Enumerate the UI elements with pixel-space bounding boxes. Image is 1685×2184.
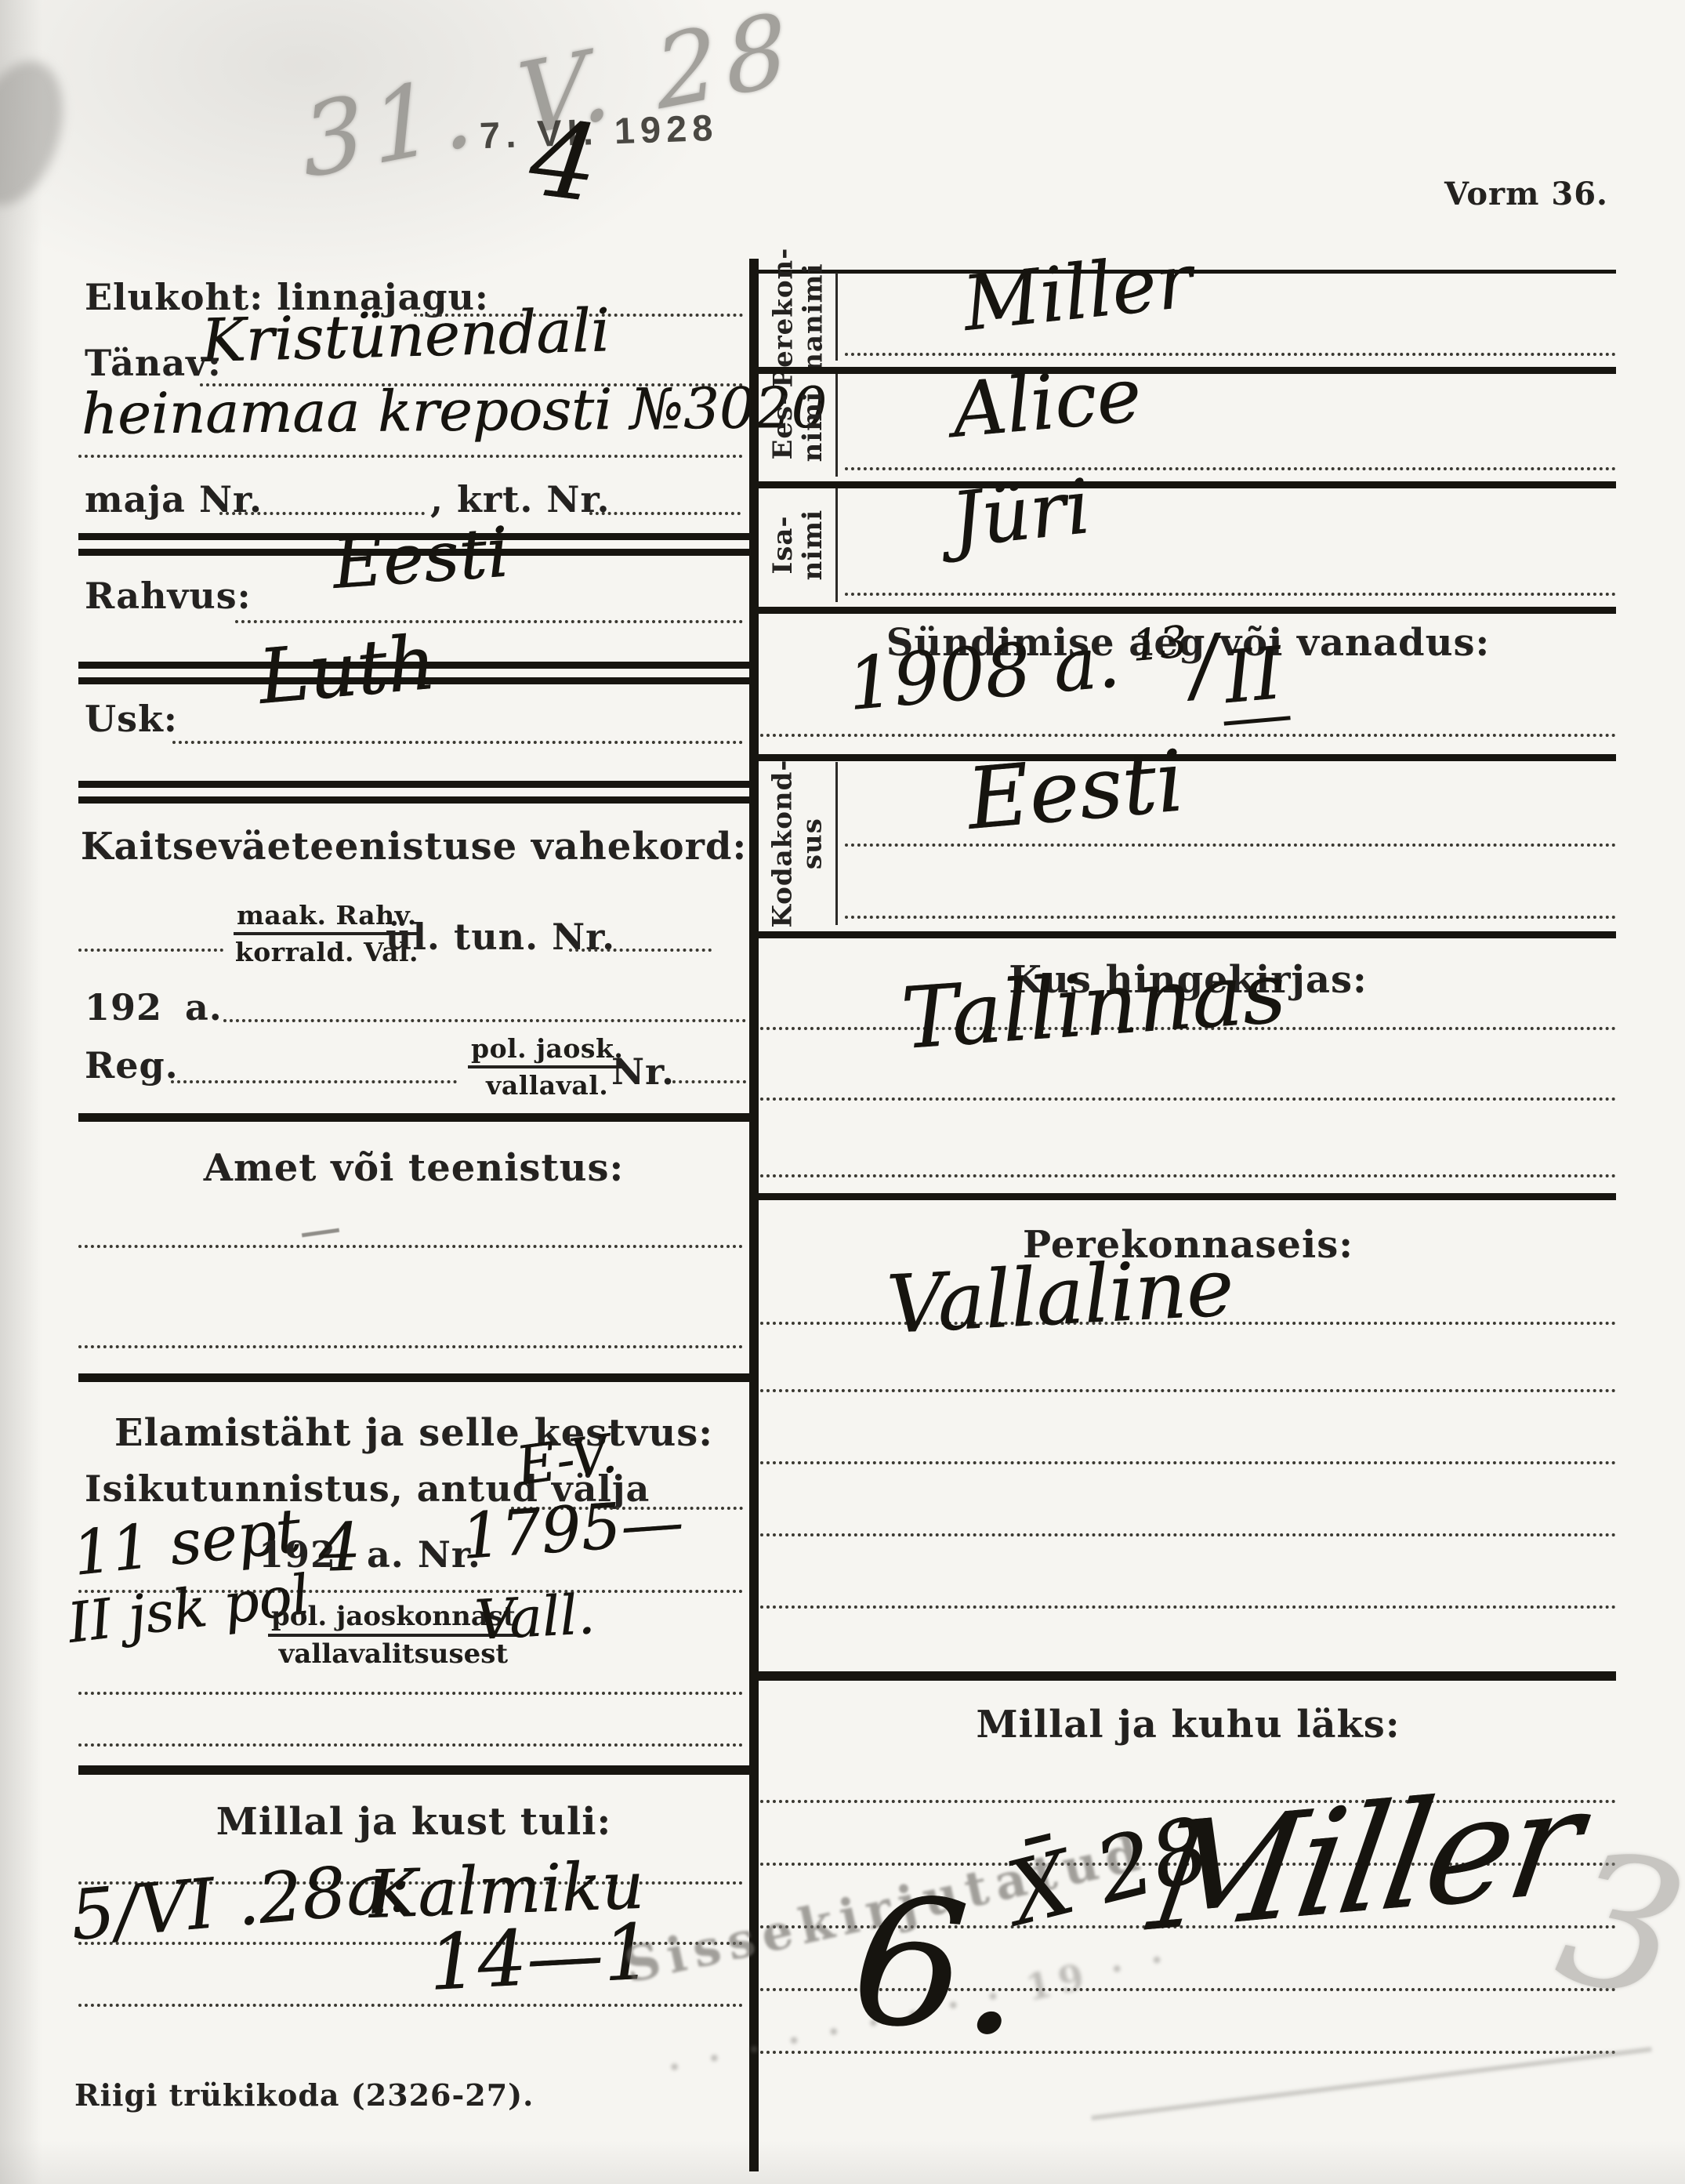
id-place-entry: Vall. xyxy=(473,1582,596,1653)
dotted-line xyxy=(589,512,741,515)
dotted-line xyxy=(760,1389,1616,1392)
nationality-entry: Eesti xyxy=(330,512,512,604)
reg-nr-label: Nr. xyxy=(611,1050,675,1093)
scan-smudge xyxy=(0,49,80,218)
rule xyxy=(749,754,1616,761)
rule xyxy=(78,1373,749,1382)
vertical-divider xyxy=(749,259,759,2171)
rule xyxy=(78,796,749,804)
birth-entry-day: 13 xyxy=(1130,617,1190,672)
patronym-label-line1: Isa- xyxy=(768,510,798,581)
label-box-line xyxy=(835,486,838,602)
dotted-line xyxy=(78,949,223,952)
firstname-label-cell: Ees- nimi xyxy=(760,376,835,477)
form-code: Vorm 36. xyxy=(1444,176,1608,212)
citizenship-entry: Eesti xyxy=(963,732,1187,849)
reg-label: Reg. xyxy=(85,1044,179,1087)
citizenship-label-line1: Kodakond- xyxy=(768,759,798,927)
dotted-line xyxy=(223,1019,746,1022)
id-office-fraction-bottom: vallavalitsusest xyxy=(279,1637,508,1670)
rule xyxy=(749,481,1616,488)
printer-footer: Riigi trükikoda (2326-27). xyxy=(74,2077,534,2113)
dotted-line xyxy=(569,949,712,952)
dotted-line xyxy=(78,1743,743,1747)
patronym-label-cell: Isa- nimi xyxy=(760,491,835,599)
rule xyxy=(78,781,749,788)
firstname-label-line2: nimi xyxy=(798,391,828,463)
dotted-line xyxy=(845,467,1616,470)
marital-entry: Vallaline xyxy=(885,1241,1236,1352)
dotted-line xyxy=(171,1080,457,1083)
nationality-label: Rahvus: xyxy=(85,575,252,617)
label-box-line xyxy=(835,762,838,925)
dotted-line xyxy=(78,455,743,458)
id-year-entry: 4 xyxy=(317,1508,362,1587)
firstname-entry: Alice xyxy=(948,350,1144,455)
reg-fraction-bottom: vallaval. xyxy=(486,1068,608,1101)
patronym-entry: Jüri xyxy=(947,463,1094,564)
pencil-streak xyxy=(1091,2047,1651,2121)
surname-entry: Miller xyxy=(958,237,1196,348)
rule xyxy=(749,1671,1616,1681)
arrival-heading: Millal ja kust tuli: xyxy=(78,1800,749,1844)
citizenship-label-cell: Kodakond- sus xyxy=(760,760,835,927)
departure-date-entry-1: 6. xyxy=(845,1857,1031,2077)
dotted-line xyxy=(845,593,1616,596)
year-prefix: 192 xyxy=(85,986,162,1029)
label-box-line xyxy=(835,273,838,361)
rule xyxy=(749,1193,1616,1200)
dotted-line xyxy=(845,843,1616,847)
dotted-line xyxy=(219,512,425,515)
residence-permit-heading: Elamistäht ja selle kestvus: xyxy=(78,1411,749,1455)
dotted-line xyxy=(760,1461,1616,1464)
dotted-line xyxy=(760,1533,1616,1536)
stamp-overwrite-digit: 4 xyxy=(524,96,605,226)
rule xyxy=(749,367,1616,374)
pencil-mark xyxy=(302,1228,339,1238)
departure-signature: Miller xyxy=(1140,1755,1590,1965)
reg-fraction-top: pol. jaosk. xyxy=(468,1033,626,1068)
dotted-line xyxy=(760,1097,1616,1101)
dotted-line xyxy=(78,1692,743,1695)
dotted-line xyxy=(760,1605,1616,1609)
religion-entry: Luth xyxy=(255,619,439,721)
arrival-house-entry: 14—1 xyxy=(426,1907,654,2008)
dotted-line xyxy=(78,2004,743,2007)
dotted-line xyxy=(760,734,1616,737)
occupation-heading: Amet või teenistus: xyxy=(78,1146,749,1190)
firstname-label-line1: Ees- xyxy=(768,391,798,463)
dotted-line xyxy=(672,1080,746,1083)
dotted-line xyxy=(845,916,1616,919)
citizenship-label-line2: sus xyxy=(798,759,828,927)
id-number-entry: 1795— xyxy=(459,1485,686,1573)
military-service-heading: Kaitseväeteenistuse vahekord: xyxy=(78,825,749,869)
registration-card-scan: 31. V. 28 7. VI. 1928 4 Vorm 36. Elukoht… xyxy=(0,0,1685,2184)
street-entry-line2: heinamaa kreposti №3020 xyxy=(81,375,827,447)
street-entry-line1: Kristünendali xyxy=(201,295,611,375)
surname-label-cell: Perekon- nanimi xyxy=(760,271,835,364)
rule xyxy=(78,1113,749,1122)
departure-heading: Millal ja kuhu läks: xyxy=(760,1703,1616,1747)
birth-entry-month: II xyxy=(1216,631,1290,726)
reg-fraction: pol. jaosk. vallaval. xyxy=(468,1033,626,1101)
religion-label: Usk: xyxy=(85,698,178,740)
dotted-line xyxy=(78,1245,743,1248)
rule xyxy=(749,931,1616,938)
rule xyxy=(78,1765,749,1775)
patronym-label-line2: nimi xyxy=(798,510,828,581)
arrival-date-entry: 5/VI .28a: xyxy=(67,1846,413,1956)
dotted-line xyxy=(760,1174,1616,1177)
dotted-line xyxy=(172,741,743,744)
dotted-line xyxy=(78,1345,743,1348)
street-label: Tänav: xyxy=(85,342,222,384)
year-a-label: a. xyxy=(185,986,223,1029)
dotted-line xyxy=(235,620,743,623)
dotted-line xyxy=(845,353,1616,356)
label-box-line xyxy=(835,370,838,477)
